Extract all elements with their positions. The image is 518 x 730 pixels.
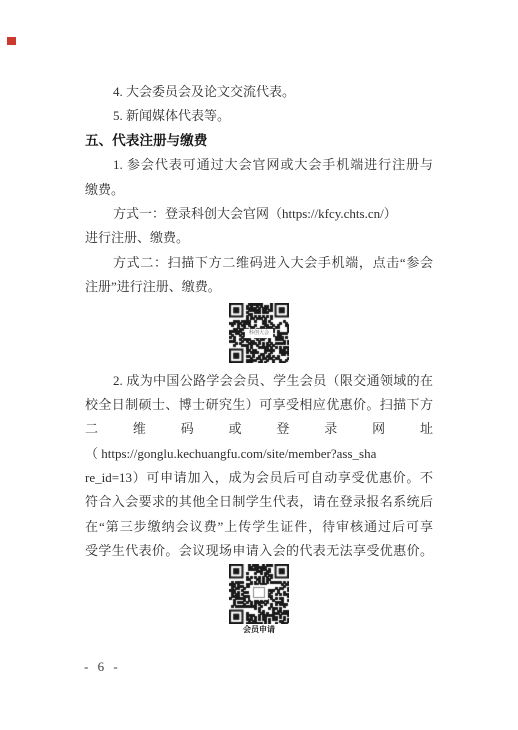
red-stamp-mark — [7, 37, 16, 45]
document-body: 4. 大会委员会及论文交流代表。5. 新闻媒体代表等。五、代表注册与缴费1. 参… — [85, 80, 433, 635]
text-line: （ https://gonglu.kechuangfu.com/site/mem… — [85, 442, 433, 466]
text-line: 方式一：登录科创大会官网（https://kfcy.chts.cn/） — [85, 202, 433, 226]
conference-registration-qr-block: 科创大会 — [85, 303, 433, 363]
text-line: re_id=13）可申请加入，成为会员后可自动享受优惠价。不 — [85, 466, 433, 490]
membership-apply-qr — [229, 564, 289, 624]
text-line: 1. 参会代表可通过大会官网或大会手机端进行注册与 — [85, 153, 433, 177]
text-line: 缴费。 — [85, 178, 433, 202]
section-heading: 五、代表注册与缴费 — [85, 129, 433, 153]
qr-caption: 会员申请 — [85, 625, 433, 635]
document-page: 4. 大会委员会及论文交流代表。5. 新闻媒体代表等。五、代表注册与缴费1. 参… — [0, 0, 518, 730]
text-line: 在“第三步缴纳会议费”上传学生证件，待审核通过后可享 — [85, 515, 433, 539]
text-line: 校全日制硕士、博士研究生）可享受相应优惠价。扫描下方 — [85, 393, 433, 417]
text-line: 二维码或登录网址 — [85, 417, 433, 441]
text-line: 注册”进行注册、缴费。 — [85, 275, 433, 299]
text-line: 5. 新闻媒体代表等。 — [85, 104, 433, 128]
conference-registration-qr-center-label: 科创大会 — [245, 329, 273, 338]
text-line: 进行注册、缴费。 — [85, 226, 433, 250]
text-line: 4. 大会委员会及论文交流代表。 — [85, 80, 433, 104]
text-line: 方式二：扫描下方二维码进入大会手机端，点击“参会 — [85, 251, 433, 275]
page-number: - 6 - — [84, 659, 121, 675]
membership-apply-qr-block: 会员申请 — [85, 564, 433, 635]
text-line: 受学生代表价。会议现场申请入会的代表无法享受优惠价。 — [85, 539, 433, 563]
text-line: 2. 成为中国公路学会会员、学生会员（限交通领域的在 — [85, 369, 433, 393]
text-line: 符合入会要求的其他全日制学生代表，请在登录报名系统后 — [85, 490, 433, 514]
